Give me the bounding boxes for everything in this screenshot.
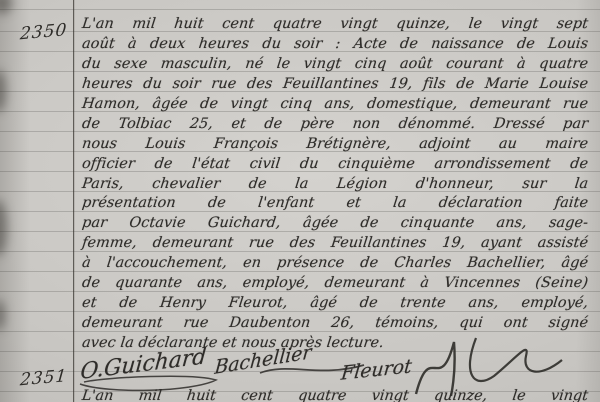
act-line: de quarante ans, employé, demeurant à Vi… [81,274,589,294]
act-line: du sexe masculin, né le vingt cinq août … [81,55,589,75]
registry-page-scan: 2350 L'an mil huit cent quatre vingt qui… [0,0,600,402]
margin-rule-line [73,0,74,402]
next-act-first-line: L'an mil huit cent quatre vingt quinze, … [81,386,589,402]
act-line: femme, demeurant rue des Feuillantines 1… [81,234,589,254]
act-line: de Tolbiac 25, et de père non dénommé. D… [81,115,589,135]
act-line: officier de l'état civil du cinquième ar… [81,155,589,175]
act-line: nous Louis François Brétignère, adjoint … [81,135,589,155]
act-body-text: L'an mil huit cent quatre vingt quinze, … [82,15,588,354]
act-line: Hamon, âgée de vingt cinq ans, domestiqu… [81,95,589,115]
act-line: Paris, chevalier de la Légion d'honneur,… [81,175,589,195]
act-line: L'an mil huit cent quatre vingt quinze, … [81,15,589,35]
act-line: août à deux heures du soir : Acte de nai… [81,35,589,55]
act-line: par Octavie Guichard, âgée de cinquante … [81,214,589,234]
act-line: demeurant rue Daubenton 26, témoins, qui… [81,314,589,334]
act-line: présentation de l'enfant et la déclarati… [81,194,589,214]
act-line: et de Henry Fleurot, âgé de trente ans, … [81,294,589,314]
act-line: heures du soir rue des Feuillantines 19,… [81,75,589,95]
act-line: à l'accouchement, en présence de Charles… [81,254,589,274]
